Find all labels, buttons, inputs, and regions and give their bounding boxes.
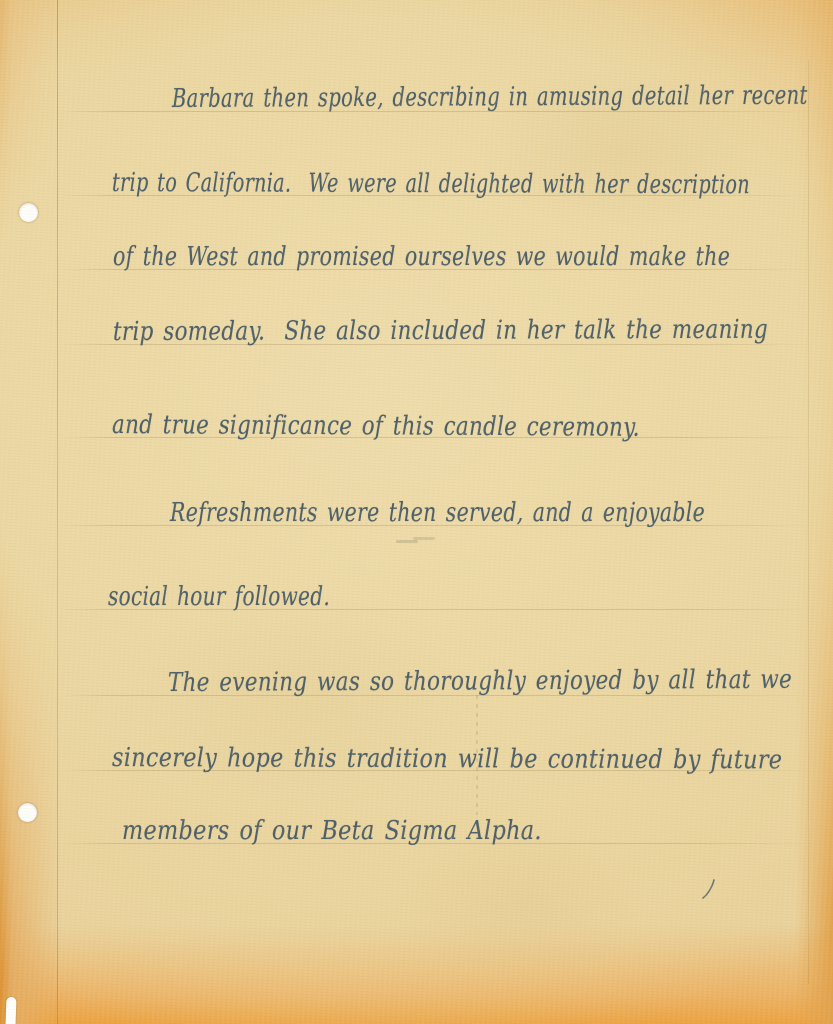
- handwritten-line-9: sincerely hope this tradition will be co…: [112, 744, 782, 774]
- torn-hole-bottom-left: [6, 997, 17, 1024]
- notebook-page: Barbara then spoke, describing in amusin…: [0, 0, 833, 1024]
- punch-hole-top: [19, 203, 38, 222]
- handwritten-line-1: Barbara then spoke, describing in amusin…: [172, 82, 808, 113]
- right-edge-line: [808, 60, 809, 984]
- handwritten-line-5: and true significance of this candle cer…: [112, 411, 640, 442]
- handwritten-line-6: Refreshments were then served, and a enj…: [170, 499, 705, 527]
- handwritten-line-3: of the West and promised ourselves we wo…: [113, 243, 730, 271]
- ink-smudge: [396, 540, 418, 543]
- punch-hole-bottom: [18, 803, 37, 822]
- handwritten-line-4: trip someday. She also included in her t…: [113, 316, 768, 346]
- paper-crease: [476, 695, 478, 815]
- left-margin-fold-line: [57, 0, 58, 1024]
- handwritten-line-8: The evening was so thoroughly enjoyed by…: [168, 666, 792, 697]
- handwritten-line-7: social hour followed.: [108, 583, 330, 611]
- handwritten-line-2: trip to California. We were all delighte…: [112, 169, 750, 199]
- handwritten-line-10: members of our Beta Sigma Alpha.: [122, 817, 542, 845]
- stray-ink-mark: [702, 878, 716, 904]
